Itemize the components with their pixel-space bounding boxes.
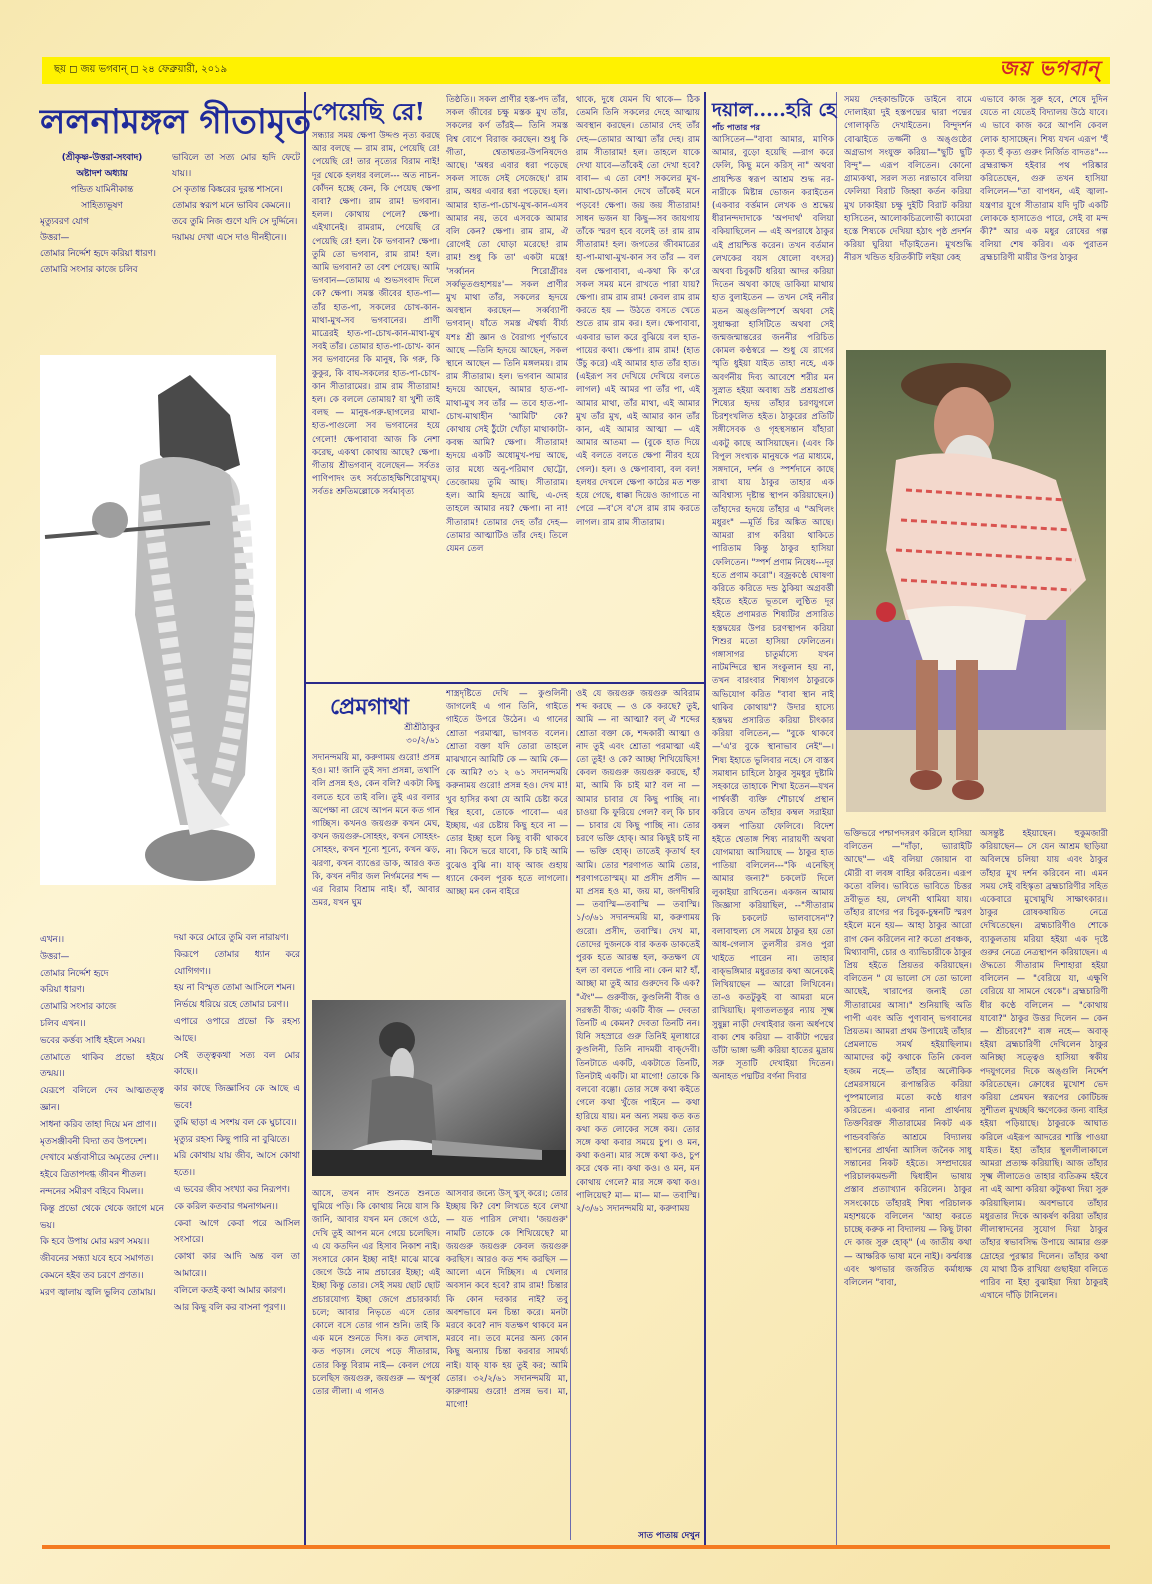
verse-line: নন্দনের সমীরণ বহিবে বিমল।। [40, 1184, 164, 1201]
verse-line: কিন্তু প্রভো থেকে থেকে জাগে মনে ভয়। [40, 1201, 164, 1235]
krishna-flute-icon [40, 355, 276, 885]
article-title-peyechi-re: পেয়েছি রে! [312, 94, 425, 134]
verse-line: সাধনা করিব তাহা দিয়ে মন প্রাণ।। [40, 1117, 164, 1134]
article1-col1-bottom: এখন।। উত্তরা— তোমার নির্দ্দেশ হৃদে করিয়… [40, 932, 164, 1302]
article2-col1: সন্ধ্যার সময় ক্ষেপা উদ্দণ্ড নৃত্য করছে … [312, 130, 440, 680]
article1-col1-top: (শ্রীকৃষ্ণ-উত্তরা-সংবাদ) অষ্টাদশ অধ্যায়… [40, 150, 164, 278]
article1-chapter: অষ্টাদশ অধ্যায় [40, 166, 164, 182]
continued-on-page-7-link[interactable]: সাত পাতায় দেখুন [576, 1530, 700, 1543]
column-divider [704, 92, 706, 1547]
continued-from-page-5: পাঁচ পাতার পর [712, 121, 832, 134]
verse-line: মৃত্যুবরণ যোগ [40, 214, 164, 230]
verse-line: হয় না বিস্মৃত তোমা আসিলে শমন। [174, 980, 300, 997]
verse-line: করিয়া ধারণ। [40, 982, 164, 999]
verse-line: কি হবে উপায় মোর মরণ সময়।। [40, 1234, 164, 1251]
krishna-image [40, 355, 276, 885]
verse-line: ভাবিলে তা সত্য মোর হৃদি ফেটে যায়।। [172, 150, 300, 182]
verse-line: সেই তত্ত্বকথা সত্য বল মোর কাছে।। [174, 1048, 300, 1082]
verse-line: তোমারি সংসার কাজে চলিব [40, 262, 164, 278]
article-title-lalanamangal: ললনামঙ্গল গীতামৃত [40, 96, 311, 153]
footer-rule [42, 1545, 1110, 1549]
verse-line: যেরূপে বলিলে দেব আত্মতত্ত্ব জ্ঞান। [40, 1083, 164, 1117]
article1-col2-bottom: দয়া করে মোরে তুমি বল নারায়ণ। কিরূপে তো… [174, 930, 300, 1316]
verse-line: তোমার নির্দ্দেশ হৃদে [40, 966, 164, 983]
verse-line: মৃত্যুর রহস্য কিছু পারি না বুঝিতে। [174, 1132, 300, 1149]
verse-line: কে করিল কতবার গমনাগমন।। [174, 1199, 300, 1216]
verse-line: উত্তরা— [40, 949, 164, 966]
verse-line: তোমাতে থাকিব প্রভো হইয়ে তন্ময়।। [40, 1050, 164, 1084]
article4-col2-top: সময় দেহকান্ডটিকে ডাইনে বামে দোলাইয়া দু… [844, 94, 972, 342]
verse-line: দেখাবে মর্ত্ত্যবাসীরে অমৃতের দেশ।। [40, 1150, 164, 1167]
sadhu-bw-photo [312, 1000, 566, 1176]
verse-line: ভবের কর্ত্তব্য সাধি হইলে সময়। [40, 1033, 164, 1050]
article1-author-title: সাহিত্যভূষণ [40, 198, 164, 214]
verse-line: উত্তরা— [40, 230, 164, 246]
verse-line: কিরূপে তোমার ধ্যান করে যোগিগণ।। [174, 947, 300, 981]
article2-col3: থাকে, দুধে যেমন ঘি থাকে— ঠিক তেমনি তিনি … [576, 94, 700, 680]
verse-line: দয়াময় দেখা এসে দাও দীনহীনে।। [172, 230, 300, 246]
sadhu-color-photo [846, 350, 1106, 812]
article4-col1: আসিতেন—"বাবা আমার, মাণিক আমার, বুড়ো হয়… [712, 134, 834, 1540]
article2-col2: তিষ্ঠতি।। সকল প্রাণীর হস্ত-পদ তাঁর, সকল … [446, 94, 568, 680]
verse-line: আর কিছু বলি কর বাসনা পূরণ।। [174, 1300, 300, 1317]
verse-line: মৃতসঞ্জীবনী বিদ্যা তব উপদেশ। [40, 1134, 164, 1151]
verse-line: সে কৃতান্ত কিঙ্করের দুরন্ত শাসনে। [172, 182, 300, 198]
verse-line: তোমার স্বরূপ মনে ভাবিব কেমনে।। [172, 198, 300, 214]
verse-line: মরি কোথায় যায় জীব, আসে কোথা হতে।। [174, 1148, 300, 1182]
verse-line: কোথা কার আদি অন্ত বল তা আমারে।। [174, 1249, 300, 1283]
verse-line: জীবনের সন্ধ্যা যবে হবে সমাগত। [40, 1251, 164, 1268]
verse-line: এপারে ওপারে প্রভো কি রহস্য আছে। [174, 1014, 300, 1048]
column-divider [836, 92, 837, 1547]
article3-col3: ওই যে জয়গুরু জয়গুরু অবিরাম শব্দ করছে —… [576, 688, 700, 1528]
issue-info: ছয় ◻ জয় ভগবান্ ◻ ২৪ ফেব্রুয়ারী, ২০১৯ [54, 62, 227, 79]
article4-col2-bottom: ভক্তিভরে পশ্চাপদসরণ করিলে হাসিয়া বলিতেন… [844, 828, 972, 1540]
article3-col2: শাস্ত্রদৃষ্টিতে দেখি — কুণ্ডলিনী জাগলেই … [446, 688, 568, 992]
page-header-bar: ছয় ◻ জয় ভগবান্ ◻ ২৪ ফেব্রুয়ারী, ২০১৯ … [42, 57, 1110, 84]
verse-line: কেবা আগে কেবা পরে আসিল সংসারে। [174, 1216, 300, 1250]
sadhu-portrait-icon [846, 350, 1106, 812]
article3-col1: সদানন্দময়ি মা, করুণাময় গুরো! প্রসন্ন হ… [312, 752, 440, 992]
article3-byline: শ্রীশ্রীঠাকুর ৩০/২/৬১ [312, 722, 440, 748]
verse-line: হইবে ত্রিতাপদগ্ধ জীবন শীতল। [40, 1167, 164, 1184]
section-divider [306, 682, 704, 684]
verse-line: মরণ জ্বালায় জ্বলি ভুলিব তোমায়। [40, 1285, 164, 1302]
verse-line: দয়া করে মোরে তুমি বল নারায়ণ। [174, 930, 300, 947]
masthead-logo: জয় ভগবান্ [999, 54, 1100, 87]
article1-col2-top: ভাবিলে তা সত্য মোর হৃদি ফেটে যায়।। সে ক… [172, 150, 300, 246]
seated-sadhu-icon [312, 1000, 566, 1176]
article3-col2-under-photo: আসবার জন্যে উস্ খুস্ করে।; তোর ইচ্ছায় ক… [446, 1188, 568, 1528]
entry-date: ৩০/২/৬১ [312, 735, 440, 748]
column-divider [304, 92, 306, 1547]
article4-col3-top: এভাবে কাজ সুরু হবে, শেষে দুদিন যেতে না য… [980, 94, 1108, 342]
verse-line: এখন।। [40, 932, 164, 949]
verse-line: কার কাছে জিজ্ঞাসিব কে আছে এ ভবে! [174, 1081, 300, 1115]
byline: শ্রীশ্রীঠাকুর [312, 722, 440, 735]
article1-author: পন্ডিত যামিনীকান্ত [40, 182, 164, 198]
verse-line: বলিলে কতই কথা আমার কারণ। [174, 1283, 300, 1300]
article4-col3-bottom: অসন্তুষ্ট হইয়াছেন। হুকুমজারী করিয়াছেন—… [980, 828, 1108, 1540]
verse-line: তুমি ছাড়া এ সংশয় বল কে ঘুচাবে।। [174, 1115, 300, 1132]
verse-line: চলিব এখন।। [40, 1016, 164, 1033]
verse-line: নির্ভয়ে ধরিয়ে রহে তোমার চরণ।। [174, 997, 300, 1014]
verse-line: তোমার নির্দ্দেশ হৃদে করিয়া ধারণ। [40, 246, 164, 262]
verse-line: এ ভবের জীব সংখ্যা কর নিরূপণ। [174, 1182, 300, 1199]
verse-line: কেমনে হইব তব চরণে প্রণত।। [40, 1268, 164, 1285]
article1-subtitle: (শ্রীকৃষ্ণ-উত্তরা-সংবাদ) [40, 150, 164, 166]
column-divider [570, 690, 571, 1540]
verse-line: তবে তুমি নিজ গুণে যদি সে দুর্দ্দিনে। [172, 214, 300, 230]
article3-col1-under-photo: আসে, তখন নাদ শুনতে শুনতে ঘুমিয়ে পড়ি। ক… [312, 1188, 440, 1528]
verse-line: তোমারি সংসার কাজে [40, 999, 164, 1016]
